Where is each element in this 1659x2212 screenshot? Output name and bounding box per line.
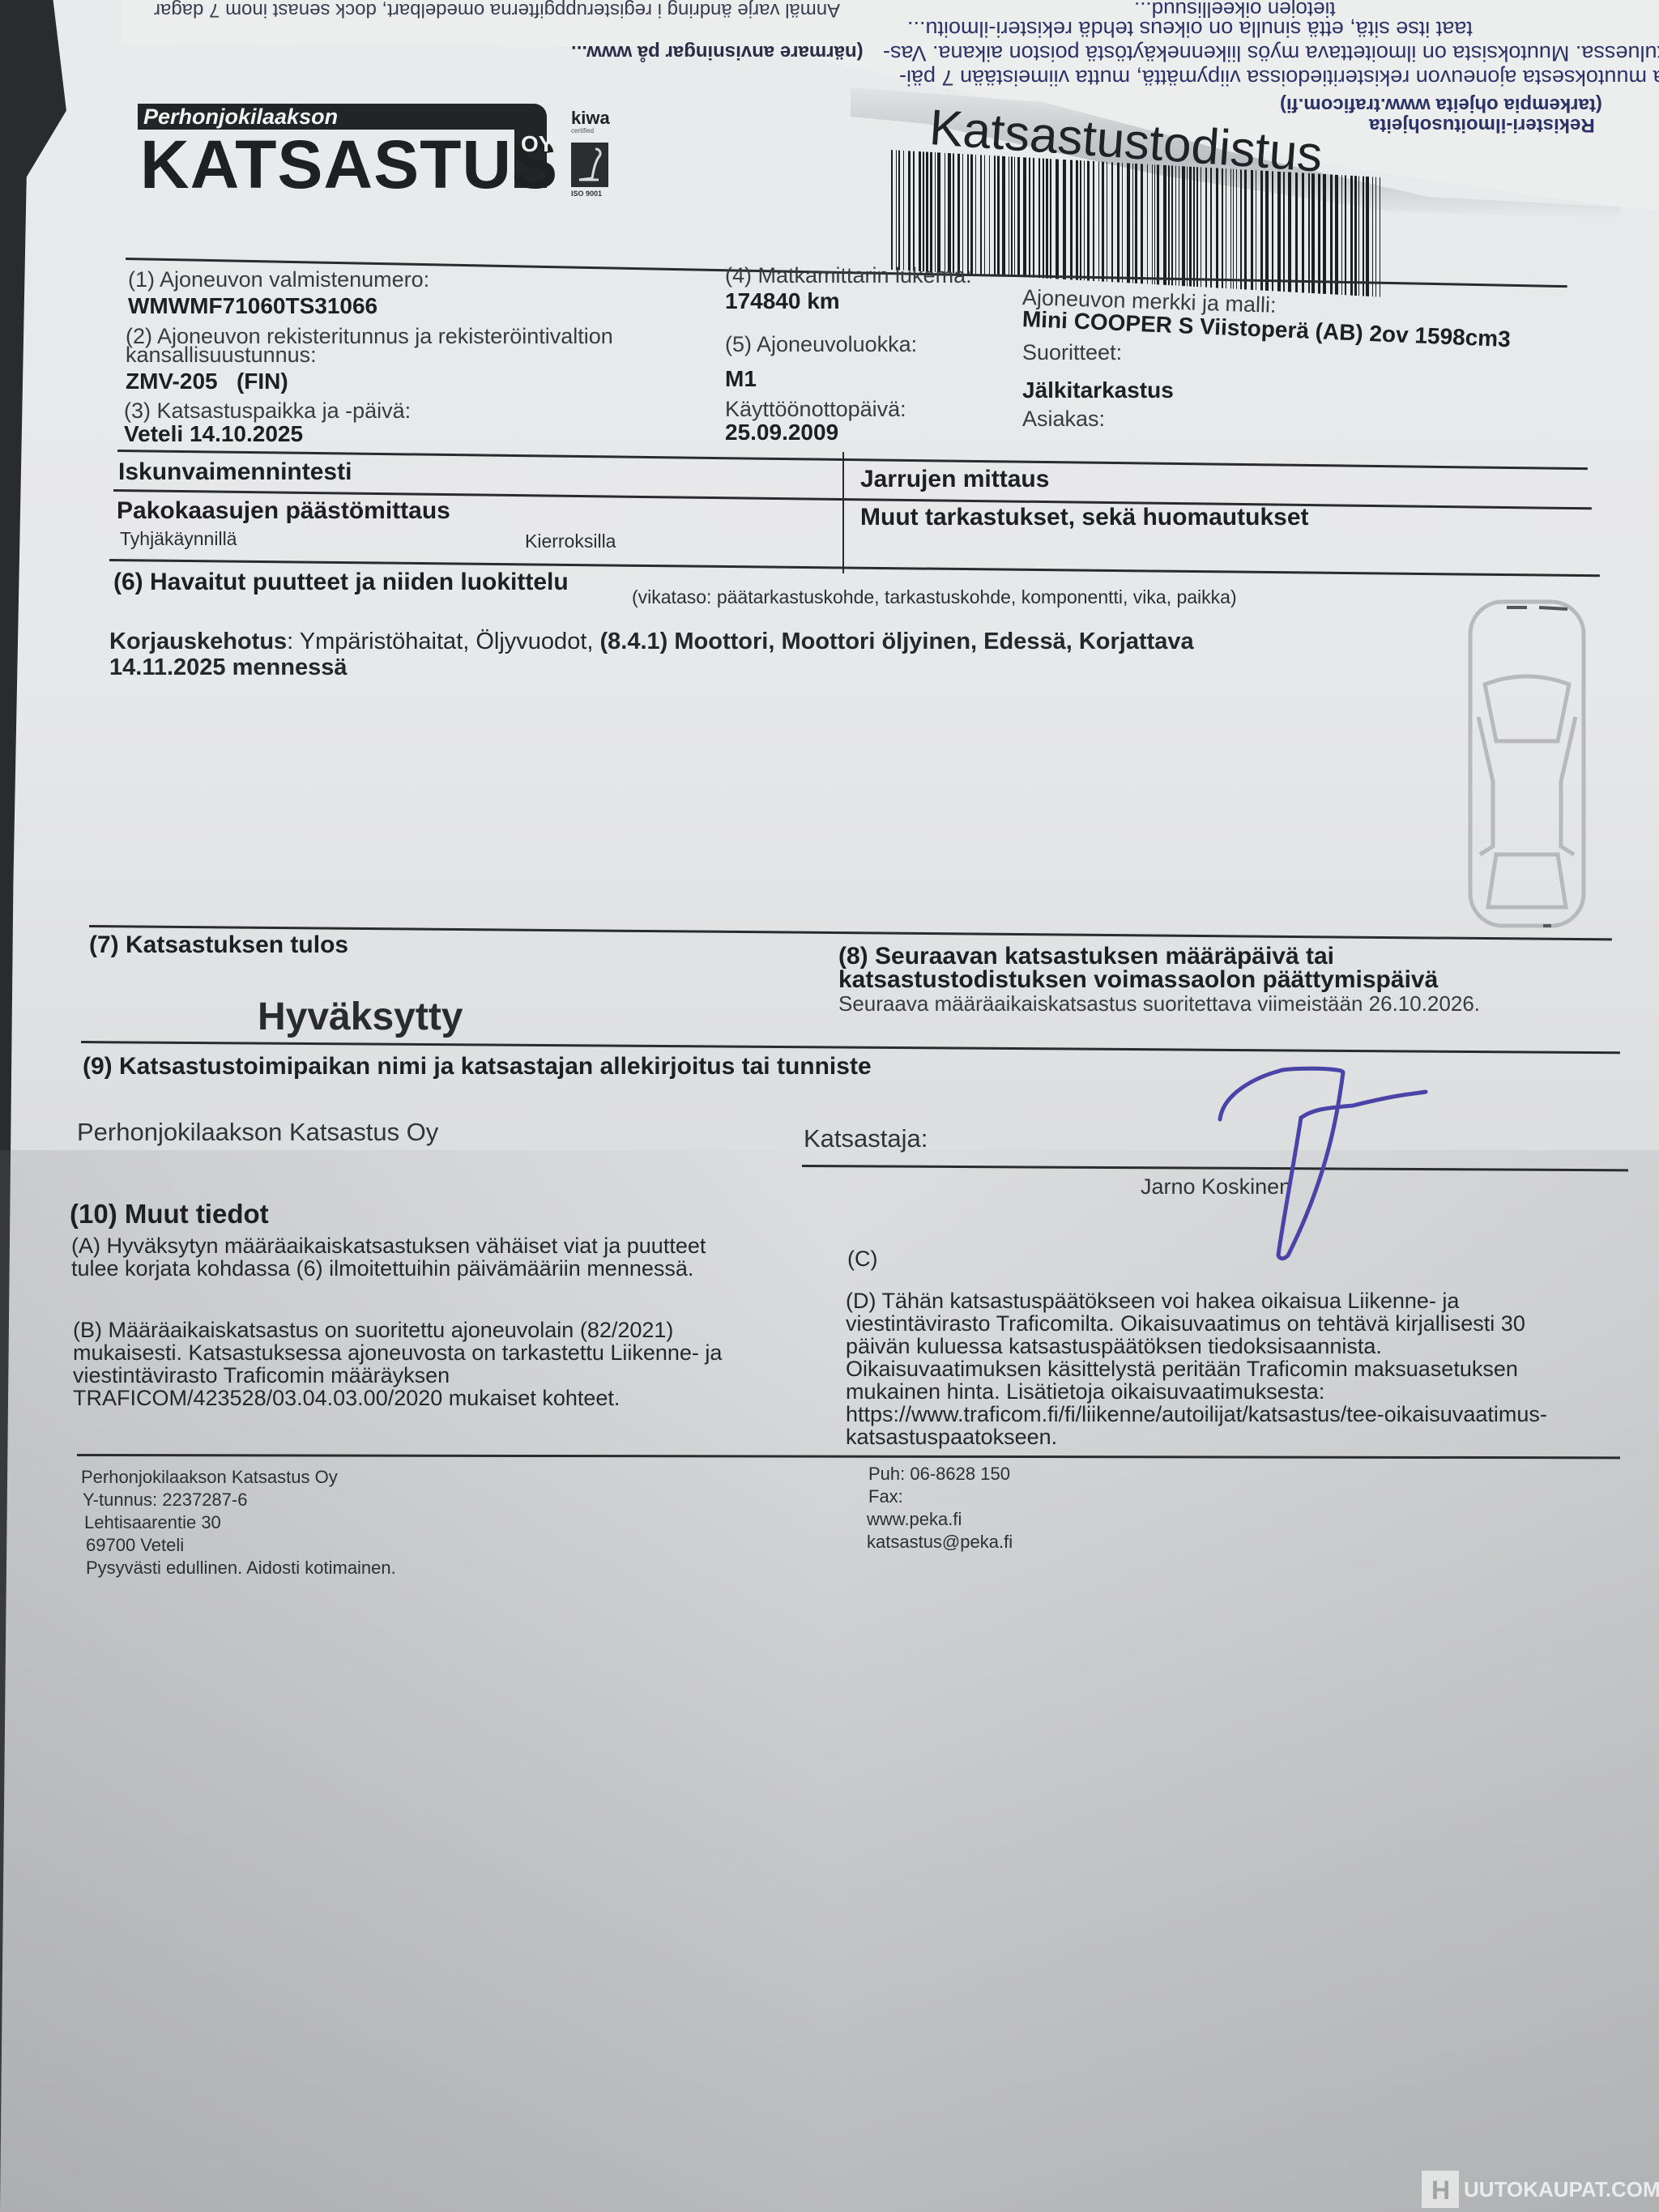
flap-line: Anmäl varje ändring i registeruppgiftern… bbox=[154, 0, 840, 21]
car-diagram-icon bbox=[1446, 587, 1608, 936]
logo-suffix: OY bbox=[521, 132, 540, 156]
flap-line: Rekisteri-ilmoitusohjeita bbox=[1369, 113, 1595, 136]
footer-slogan: Pysyvästi edullinen. Aidosti kotimainen. bbox=[86, 1557, 396, 1579]
signature-scribble bbox=[1207, 1061, 1450, 1264]
performed-label: Suoritteet: bbox=[1022, 340, 1122, 365]
note-d-line: Oikaisuvaatimuksen käsittelystä peritään… bbox=[846, 1357, 1518, 1380]
place-label: (3) Katsastuspaikka ja -päivä: bbox=[124, 399, 411, 424]
kiwa-emblem-icon bbox=[571, 143, 608, 187]
defect-code: (8.4.1) Moottori, Moottori öljyinen, Ede… bbox=[600, 629, 1194, 654]
class-value: M1 bbox=[725, 366, 757, 392]
inspector-label: Katsastaja: bbox=[804, 1124, 928, 1153]
vin-label: (1) Ajoneuvon valmistenumero: bbox=[128, 267, 429, 292]
note-a-line: tulee korjata kohdassa (6) ilmoitettuihi… bbox=[71, 1257, 693, 1280]
company-name: Perhonjokilaakson Katsastus Oy bbox=[77, 1118, 438, 1147]
class-label: (5) Ajoneuvoluokka: bbox=[725, 332, 917, 357]
footer-address: Lehtisaarentie 30 bbox=[84, 1511, 221, 1534]
customer-label: Asiakas: bbox=[1022, 407, 1105, 432]
footer-website[interactable]: www.peka.fi bbox=[867, 1508, 962, 1531]
other-info-heading: (10) Muut tiedot bbox=[70, 1199, 269, 1230]
odometer-label: (4) Matkamittarin lukema: bbox=[725, 263, 972, 288]
huutokaupat-watermark: H UUTOKAUPAT.COM bbox=[1422, 2171, 1659, 2208]
flap-line: vän kuluessa. Muutoksista on ilmoitettav… bbox=[883, 40, 1659, 66]
footer-email[interactable]: katsastus@peka.fi bbox=[867, 1531, 1013, 1554]
defects-heading: (6) Havaitut puutteet ja niiden luokitte… bbox=[113, 569, 569, 596]
kiwa-certificate-badge: kiwa certified ISO 9001 bbox=[571, 109, 612, 198]
flap-line: Ilmoita muutoksesta ajoneuvon rekisterit… bbox=[899, 65, 1659, 90]
vin-value: WMWMF71060TS31066 bbox=[128, 293, 377, 319]
defect-entry: Korjauskehotus: Ympäristöhaitat, Öljyvuo… bbox=[109, 630, 1194, 653]
shock-test-label: Iskunvaimennintesti bbox=[118, 458, 352, 486]
defect-deadline: 14.11.2025 mennessä bbox=[109, 656, 347, 679]
first-use-label: Käyttöönottopäivä: bbox=[725, 397, 906, 422]
place-value: Veteli 14.10.2025 bbox=[124, 421, 303, 447]
flap-line: (närmare anvisningar på www... bbox=[571, 40, 864, 63]
note-b-line: viestintävirasto Traficomin määräyksen bbox=[73, 1364, 450, 1387]
note-c: (C) bbox=[847, 1247, 877, 1270]
footer-fax: Fax: bbox=[868, 1485, 903, 1508]
kiwa-brand: kiwa bbox=[571, 109, 612, 127]
footer-postal: 69700 Veteli bbox=[86, 1534, 184, 1557]
defect-label: Korjauskehotus bbox=[109, 629, 287, 654]
idle-label: Tyhjäkäynnillä bbox=[120, 528, 237, 550]
reg-label-2: kansallisuustunnus: bbox=[126, 343, 317, 368]
next-inspection-date: Seuraava määräaikaiskatsastus suoritetta… bbox=[838, 991, 1480, 1016]
column-divider bbox=[842, 452, 844, 573]
note-b-line: mukaisesti. Katsastuksessa ajoneuvosta o… bbox=[73, 1341, 722, 1364]
defect-text: : Ympäristöhaitat, Öljyvuodot, bbox=[287, 629, 599, 654]
rpm-label: Kierroksilla bbox=[525, 531, 616, 552]
reg-value: ZMV-205 (FIN) bbox=[126, 369, 288, 394]
brake-test-label: Jarrujen mittaus bbox=[860, 466, 1049, 493]
watermark-cube-icon: H bbox=[1422, 2171, 1459, 2208]
defects-note: (vikataso: päätarkastuskohde, tarkastusk… bbox=[632, 586, 1237, 608]
note-d-line: viestintävirasto Traficomilta. Oikaisuva… bbox=[846, 1312, 1525, 1335]
signature-heading: (9) Katsastustoimipaikan nimi ja katsast… bbox=[83, 1053, 872, 1080]
footer-company: Perhonjokilaakson Katsastus Oy bbox=[81, 1466, 338, 1489]
result-heading: (7) Katsastuksen tulos bbox=[89, 931, 348, 959]
emissions-label: Pakokaasujen päästömittaus bbox=[117, 497, 450, 525]
logo-main: KATSASTUS bbox=[140, 126, 558, 204]
note-b-line: TRAFICOM/423528/03.04.03.00/2020 mukaise… bbox=[73, 1387, 620, 1409]
note-d-line: (D) Tähän katsastuspäätökseen voi hakea … bbox=[846, 1289, 1459, 1312]
company-logo: Perhonjokilaakson KATSASTUS OY kiwa cert… bbox=[134, 101, 620, 198]
first-use-value: 25.09.2009 bbox=[725, 420, 838, 445]
performed-value: Jälkitarkastus bbox=[1022, 377, 1174, 403]
odometer-value: 174840 km bbox=[725, 288, 840, 314]
note-d-line: päivän kuluessa katsastuspäätöksen tiedo… bbox=[846, 1335, 1382, 1357]
note-d-link[interactable]: https://www.traficom.fi/fi/liikenne/auto… bbox=[846, 1403, 1547, 1426]
other-checks-label: Muut tarkastukset, sekä huomautukset bbox=[860, 504, 1309, 531]
footer-phone: Puh: 06-8628 150 bbox=[868, 1463, 1010, 1485]
note-d-link-end[interactable]: katsastuspaatokseen. bbox=[846, 1426, 1057, 1448]
result-value: Hyväksytty bbox=[258, 995, 463, 1039]
note-d-line: mukainen hinta. Lisätietoja oikaisuvaati… bbox=[846, 1380, 1324, 1403]
note-b-line: (B) Määräaikaiskatsastus on suoritettu a… bbox=[73, 1319, 673, 1341]
flap-line: (tarkempia ohjeita www.traficom.fi) bbox=[1280, 93, 1602, 116]
flap-line: taat itse sitä, että sinulla on oikeus t… bbox=[907, 16, 1473, 41]
next-inspection-heading-2: katsastustodistuksen voimassaolon päätty… bbox=[838, 966, 1438, 994]
kiwa-sub: certified bbox=[571, 127, 612, 134]
kiwa-iso: ISO 9001 bbox=[571, 190, 612, 198]
footer-business-id: Y-tunnus: 2237287-6 bbox=[83, 1489, 247, 1511]
note-a-line: (A) Hyväksytyn määräaikaiskatsastuksen v… bbox=[71, 1234, 706, 1257]
watermark-text: UUTOKAUPAT.COM bbox=[1464, 2177, 1659, 2202]
